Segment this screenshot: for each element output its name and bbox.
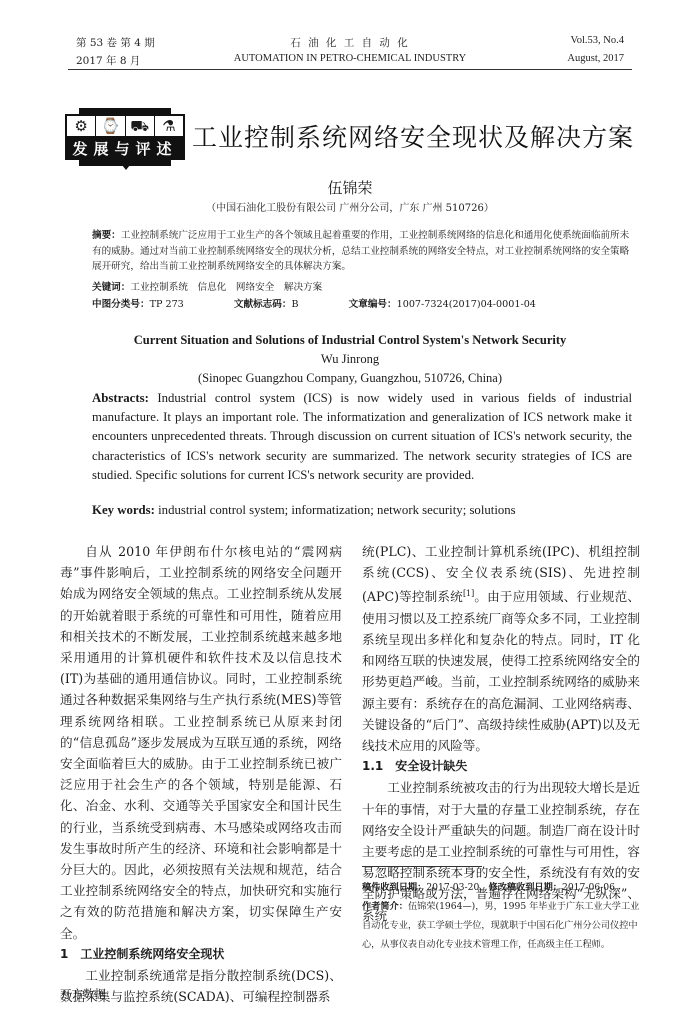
keywords-text-en: industrial control system; informatizati…: [155, 503, 516, 517]
header-rule: [68, 69, 632, 70]
article-title-en: Current Situation and Solutions of Indus…: [0, 333, 700, 348]
abstract-text-en: Industrial control system (ICS) is now w…: [92, 391, 632, 482]
abstract-text-cn: 工业控制系统广泛应用于工业生产的各个领域且起着重要的作用，工业控制系统网络的信息…: [92, 230, 629, 272]
body-paragraph: 自从 2010 年伊朗布什尔核电站的“震网病毒”事件影响后，工业控制系统的网络安…: [60, 541, 342, 944]
beaker-icon: ⚗: [155, 116, 183, 136]
keywords-cn: 关键词：工业控制系统 信息化 网络安全 解决方案: [92, 280, 632, 296]
instrument-icon: ⌚: [96, 116, 125, 136]
body-left-column: 自从 2010 年伊朗布什尔核电站的“震网病毒”事件影响后，工业控制系统的网络安…: [60, 541, 342, 1007]
author-en: Wu Jinrong: [0, 352, 700, 367]
affiliation-cn: （中国石油化工股份有限公司 广州分公司，广东 广州 510726）: [0, 199, 700, 214]
keywords-text-cn: 工业控制系统 信息化 网络安全 解决方案: [130, 282, 322, 293]
body-paragraph: 统(PLC)、工业控制计算机系统(IPC)、机组控制系统(CCS)、安全仪表系统…: [362, 541, 640, 756]
clc-label: 中图分类号：: [92, 299, 150, 310]
keywords-label-en: Key words:: [92, 503, 155, 517]
clc-value: TP 273: [150, 299, 184, 310]
keywords-en: Key words: industrial control system; in…: [92, 503, 632, 518]
footnote-rule: [362, 866, 482, 867]
abstract-label-cn: 摘要：: [92, 230, 121, 241]
section-heading-1: 1 工业控制系统网络安全现状: [60, 944, 342, 965]
badge-label: 发展与评述: [65, 138, 185, 160]
doc-code-label: 文献标志码：: [234, 299, 292, 310]
body-right-column: 统(PLC)、工业控制计算机系统(IPC)、机组控制系统(CCS)、安全仪表系统…: [362, 541, 640, 926]
article-title-cn: 工业控制系统网络安全现状及解决方案: [192, 118, 634, 154]
bio-label: 作者简介：: [362, 901, 408, 912]
author-cn: 伍锦荣: [0, 177, 700, 198]
revised-value: 2017-06-06。: [562, 882, 624, 893]
keywords-label-cn: 关键词：: [92, 282, 130, 293]
header-date-en: August, 2017: [567, 53, 624, 64]
affiliation-en: (Sinopec Guangzhou Company, Guangzhou, 5…: [0, 371, 700, 386]
abstract-cn: 摘要：工业控制系统广泛应用于工业生产的各个领域且起着重要的作用，工业控制系统网络…: [92, 228, 632, 275]
vehicle-icon: ⛟: [126, 116, 155, 136]
citation-ref[interactable]: [1]: [463, 589, 474, 598]
header-volume-issue-en: Vol.53, No.4: [571, 35, 624, 46]
classification-line: 中图分类号：TP 273 文献标志码：B 文章编号：1007-7324(2017…: [92, 297, 632, 313]
received-label: 稿件收到日期：: [362, 882, 426, 893]
article-no-value: 1007-7324(2017)04-0001-04: [397, 299, 536, 310]
section-heading-1-1: 1.1 安全设计缺失: [362, 756, 640, 777]
body-text: 。由于应用领域、行业规范、使用习惯以及工控系统厂商等众多不同，工业控制系统呈现出…: [362, 590, 640, 753]
article-no-label: 文章编号：: [349, 299, 397, 310]
wanfang-watermark: 万方数据: [60, 986, 106, 1002]
received-value: 2017-03-20，: [426, 882, 488, 893]
revised-label: 修改稿收到日期：: [488, 882, 562, 893]
footnote-dates: 稿件收到日期：2017-03-20，修改稿收到日期：2017-06-06。: [362, 878, 640, 897]
gear-icon: ⚙: [67, 116, 96, 136]
abstract-label-en: Abstracts:: [92, 391, 149, 405]
footnote-bio: 作者简介：伍锦荣(1964—)，男，1995 年毕业于广东工业大学工业自动化专业…: [362, 897, 640, 954]
badge-icon-strip: ⚙ ⌚ ⛟ ⚗: [65, 114, 185, 138]
doc-code-value: B: [291, 299, 298, 310]
footnote: 稿件收到日期：2017-03-20，修改稿收到日期：2017-06-06。 作者…: [362, 878, 640, 954]
abstract-en: Abstracts: Industrial control system (IC…: [92, 389, 632, 485]
column-badge: ⚙ ⌚ ⛟ ⚗ 发展与评述: [65, 108, 185, 170]
badge-notch: [122, 165, 130, 170]
